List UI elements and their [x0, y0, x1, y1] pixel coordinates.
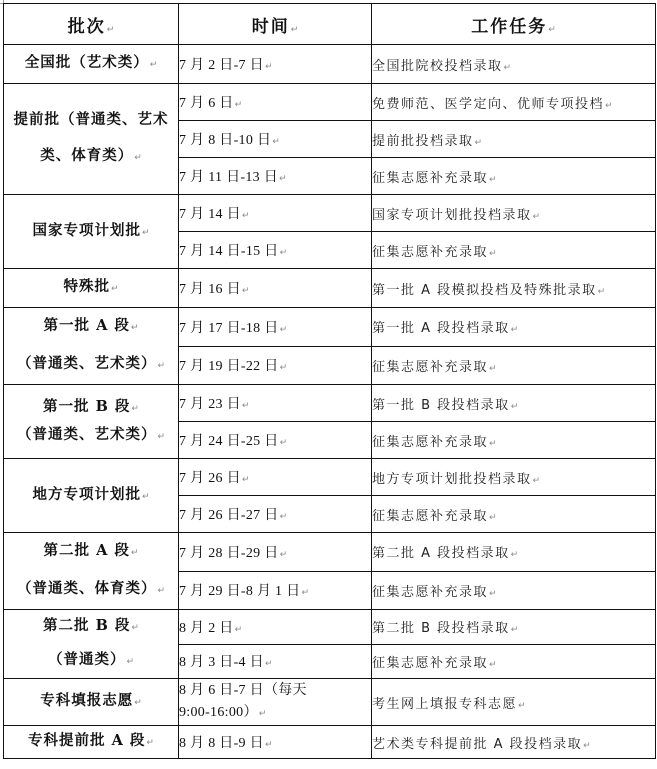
table-row: 地方专项计划批↵ 7 月 26 日↵ 地方专项计划批投档录取↵ [4, 459, 656, 496]
paragraph-mark-icon: ↵ [265, 740, 273, 750]
table-row: 提前批（普通类、艺术 类、体育类）↵ 7 月 6 日↵ 免费师范、医学定向、优师… [4, 84, 656, 121]
task-cell: 征集志愿补充录取↵ [372, 571, 656, 610]
task-cell: 征集志愿补充录取↵ [372, 232, 656, 269]
paragraph-mark-icon: ↵ [107, 25, 115, 35]
paragraph-mark-icon: ↵ [142, 492, 150, 502]
paragraph-mark-icon: ↵ [111, 284, 119, 294]
paragraph-mark-icon: ↵ [265, 659, 273, 669]
paragraph-mark-icon: ↵ [235, 100, 243, 110]
paragraph-mark-icon: ↵ [475, 138, 483, 148]
batch-cell: 第二批 B 段↵ （普通类）↵ [4, 610, 179, 679]
task-cell: 征集志愿补充录取↵ [372, 346, 656, 385]
paragraph-mark-icon: ↵ [280, 550, 288, 560]
table-row: 第一批 A 段↵ （普通类、艺术类）↵ 7 月 17 日-18 日↵ 第一批 A… [4, 308, 656, 347]
batch-cell: 全国批（艺术类）↵ [4, 45, 179, 84]
paragraph-mark-icon: ↵ [280, 325, 288, 335]
paragraph-mark-icon: ↵ [533, 476, 541, 486]
paragraph-mark-icon: ↵ [280, 248, 288, 258]
task-cell: 第一批 A 段模拟投档及特殊批录取↵ [372, 269, 656, 308]
paragraph-mark-icon: ↵ [242, 401, 250, 411]
task-cell: 考生网上填报专科志愿↵ [372, 679, 656, 726]
paragraph-mark-icon: ↵ [242, 286, 250, 296]
batch-cell: 地方专项计划批↵ [4, 459, 179, 533]
paragraph-mark-icon: ↵ [280, 438, 288, 448]
time-cell: 7 月 28 日-29 日↵ [179, 533, 372, 572]
batch-cell: 第二批 A 段↵ （普通类、体育类）↵ [4, 533, 179, 610]
task-cell: 国家专项计划批投档录取↵ [372, 195, 656, 232]
task-cell: 全国批院校投档录取↵ [372, 45, 656, 84]
table-row: 专科填报志愿↵ 8 月 6 日-7 日（每天 9:00-16:00）↵ 考生网上… [4, 679, 656, 726]
paragraph-mark-icon: ↵ [489, 249, 497, 259]
time-cell: 7 月 23 日↵ [179, 385, 372, 422]
paragraph-mark-icon: ↵ [511, 325, 519, 335]
time-cell: 8 月 2 日↵ [179, 610, 372, 645]
task-cell: 艺术类专科提前批 A 段投档录取↵ [372, 726, 656, 759]
task-cell: 第二批 A 段投档录取↵ [372, 533, 656, 572]
time-cell: 7 月 6 日↵ [179, 84, 372, 121]
batch-cell: 提前批（普通类、艺术 类、体育类）↵ [4, 84, 179, 195]
time-cell: 7 月 19 日-22 日↵ [179, 346, 372, 385]
table-row: 第二批 B 段↵ （普通类）↵ 8 月 2 日↵ 第二批 B 段投档录取↵ [4, 610, 656, 645]
paragraph-mark-icon: ↵ [548, 25, 556, 35]
paragraph-mark-icon: ↵ [150, 60, 158, 70]
paragraph-mark-icon: ↵ [146, 738, 154, 748]
paragraph-mark-icon: ↵ [272, 137, 280, 147]
time-cell: 7 月 14 日-15 日↵ [179, 232, 372, 269]
paragraph-mark-icon: ↵ [142, 228, 150, 238]
paragraph-mark-icon: ↵ [489, 660, 497, 670]
paragraph-mark-icon: ↵ [518, 701, 526, 711]
header-time: 时间↵ [179, 4, 372, 45]
paragraph-mark-icon: ↵ [235, 625, 243, 635]
paragraph-mark-icon: ↵ [126, 657, 134, 667]
table-row: 全国批（艺术类）↵ 7 月 2 日-7 日↵ 全国批院校投档录取↵ [4, 45, 656, 84]
time-cell: 7 月 16 日↵ [179, 269, 372, 308]
task-cell: 征集志愿补充录取↵ [372, 644, 656, 679]
paragraph-mark-icon: ↵ [134, 698, 142, 708]
table-row: 专科提前批 A 段↵ 8 月 8 日-9 日↵ 艺术类专科提前批 A 段投档录取… [4, 726, 656, 759]
paragraph-mark-icon: ↵ [533, 212, 541, 222]
paragraph-mark-icon: ↵ [489, 175, 497, 185]
paragraph-mark-icon: ↵ [265, 62, 273, 72]
time-cell: 7 月 26 日-27 日↵ [179, 496, 372, 533]
paragraph-mark-icon: ↵ [605, 101, 613, 111]
task-cell: 地方专项计划批投档录取↵ [372, 459, 656, 496]
time-cell: 7 月 2 日-7 日↵ [179, 45, 372, 84]
paragraph-mark-icon: ↵ [131, 623, 139, 633]
paragraph-mark-icon: ↵ [134, 153, 142, 163]
batch-cell: 第一批 B 段↵ （普通类、艺术类）↵ [4, 385, 179, 459]
paragraph-mark-icon: ↵ [279, 174, 287, 184]
paragraph-mark-icon: ↵ [489, 589, 497, 599]
paragraph-mark-icon: ↵ [242, 211, 250, 221]
task-cell: 第一批 A 段投档录取↵ [372, 308, 656, 347]
time-cell: 7 月 14 日↵ [179, 195, 372, 232]
paragraph-mark-icon: ↵ [157, 586, 165, 596]
paragraph-mark-icon: ↵ [511, 625, 519, 635]
table-row: 国家专项计划批↵ 7 月 14 日↵ 国家专项计划批投档录取↵ [4, 195, 656, 232]
table-row: 第一批 B 段↵ （普通类、艺术类）↵ 7 月 23 日↵ 第一批 B 段投档录… [4, 385, 656, 422]
task-cell: 第二批 B 段投档录取↵ [372, 610, 656, 645]
header-task: 工作任务↵ [372, 4, 656, 45]
header-row: 批次↵ 时间↵ 工作任务↵ [4, 4, 656, 45]
paragraph-mark-icon: ↵ [301, 588, 309, 598]
batch-cell: 特殊批↵ [4, 269, 179, 308]
batch-cell: 国家专项计划批↵ [4, 195, 179, 269]
time-cell: 7 月 11 日-13 日↵ [179, 158, 372, 195]
paragraph-mark-icon: ↵ [598, 287, 606, 297]
task-cell: 征集志愿补充录取↵ [372, 422, 656, 459]
time-cell: 7 月 26 日↵ [179, 459, 372, 496]
paragraph-mark-icon: ↵ [489, 364, 497, 374]
batch-cell: 第一批 A 段↵ （普通类、艺术类）↵ [4, 308, 179, 385]
task-cell: 征集志愿补充录取↵ [372, 496, 656, 533]
paragraph-mark-icon: ↵ [504, 63, 512, 73]
paragraph-mark-icon: ↵ [131, 323, 139, 333]
time-cell: 8 月 6 日-7 日（每天 9:00-16:00）↵ [179, 679, 372, 726]
task-cell: 第一批 B 段投档录取↵ [372, 385, 656, 422]
paragraph-mark-icon: ↵ [280, 512, 288, 522]
paragraph-mark-icon: ↵ [489, 439, 497, 449]
table-row: 特殊批↵ 7 月 16 日↵ 第一批 A 段模拟投档及特殊批录取↵ [4, 269, 656, 308]
batch-cell: 专科填报志愿↵ [4, 679, 179, 726]
task-cell: 提前批投档录取↵ [372, 121, 656, 158]
time-cell: 7 月 24 日-25 日↵ [179, 422, 372, 459]
paragraph-mark-icon: ↵ [291, 25, 299, 35]
header-batch: 批次↵ [4, 4, 179, 45]
paragraph-mark-icon: ↵ [511, 550, 519, 560]
paragraph-mark-icon: ↵ [131, 548, 139, 558]
time-cell: 7 月 17 日-18 日↵ [179, 308, 372, 347]
time-cell: 7 月 29 日-8 月 1 日↵ [179, 571, 372, 610]
admission-schedule-table: 批次↵ 时间↵ 工作任务↵ 全国批（艺术类）↵ 7 月 2 日-7 日↵ 全国批… [3, 3, 656, 759]
paragraph-mark-icon: ↵ [259, 709, 267, 719]
task-cell: 征集志愿补充录取↵ [372, 158, 656, 195]
paragraph-mark-icon: ↵ [511, 402, 519, 412]
time-cell: 8 月 3 日-4 日↵ [179, 644, 372, 679]
table-row: 第二批 A 段↵ （普通类、体育类）↵ 7 月 28 日-29 日↵ 第二批 A… [4, 533, 656, 572]
time-cell: 7 月 8 日-10 日↵ [179, 121, 372, 158]
paragraph-mark-icon: ↵ [280, 363, 288, 373]
batch-cell: 专科提前批 A 段↵ [4, 726, 179, 759]
task-cell: 免费师范、医学定向、优师专项投档↵ [372, 84, 656, 121]
paragraph-mark-icon: ↵ [157, 361, 165, 371]
paragraph-mark-icon: ↵ [489, 513, 497, 523]
time-cell: 8 月 8 日-9 日↵ [179, 726, 372, 759]
paragraph-mark-icon: ↵ [583, 741, 591, 751]
paragraph-mark-icon: ↵ [157, 432, 165, 442]
paragraph-mark-icon: ↵ [242, 475, 250, 485]
paragraph-mark-icon: ↵ [131, 404, 139, 414]
